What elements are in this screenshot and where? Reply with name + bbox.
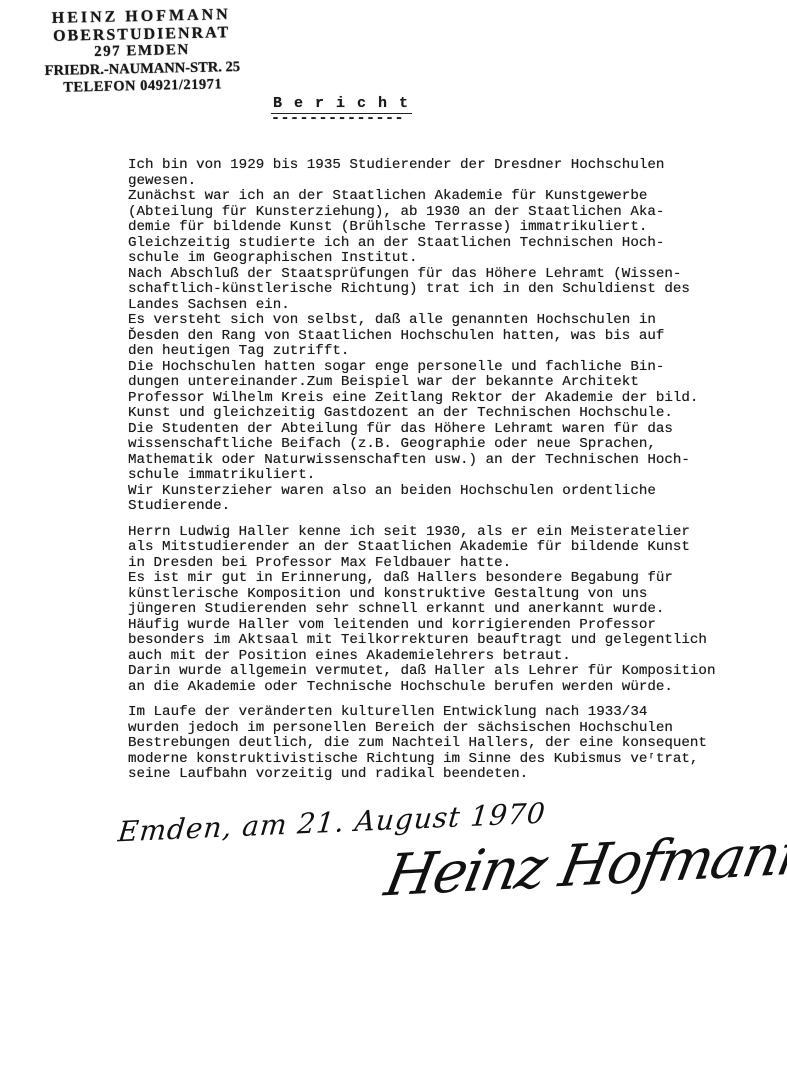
paragraph-studies: Ich bin von 1929 bis 1935 Studierender d… (128, 158, 768, 515)
paragraph-haller: Herrn Ludwig Haller kenne ich seit 1930,… (128, 525, 768, 696)
report-title-underline-dashes: -------------- (271, 115, 412, 123)
document-page: HEINZ HOFMANN OBERSTUDIENRAT 297 EMDEN F… (0, 0, 787, 1083)
sender-stamp: HEINZ HOFMANN OBERSTUDIENRAT 297 EMDEN F… (43, 6, 241, 98)
report-body: Ich bin von 1929 bis 1935 Studierender d… (128, 158, 768, 793)
paragraph-aftermath: Im Laufe der veränderten kulturellen Ent… (128, 705, 768, 783)
report-title: B e r i c h t -------------- (271, 95, 412, 123)
stamp-phone: TELEFON 04921/21971 (45, 76, 241, 98)
